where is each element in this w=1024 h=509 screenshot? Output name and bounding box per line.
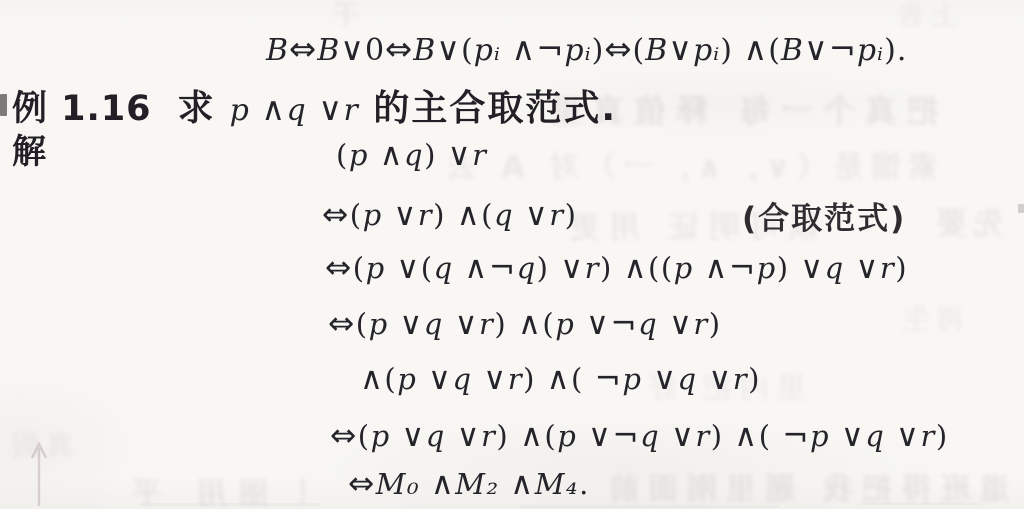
bleedthrough-mark: 干 xyxy=(332,0,360,34)
margin-up-arrow-icon xyxy=(26,436,52,509)
page-speckle xyxy=(520,505,780,508)
question-suffix: 的主合取范式. xyxy=(373,80,617,131)
intro-formula: B⇔B∨0⇔B∨(pᵢ ∧¬pᵢ)⇔(B∨pᵢ) ∧(B∨¬pᵢ). xyxy=(266,30,907,68)
page-speckle xyxy=(860,502,980,505)
bleedthrough-mark: 上告 xyxy=(890,0,958,33)
derivation-step-5: ∧(p ∨q ∨r) ∧( ¬p ∨q ∨r) xyxy=(360,361,761,397)
derivation-step-4: ⇔(p ∨q ∨r) ∧(p ∨¬q ∨r) xyxy=(328,306,722,342)
page-speckle xyxy=(140,503,320,506)
bleedthrough-mark: 先要 xyxy=(930,198,1004,243)
edge-ink-mark xyxy=(1018,204,1024,213)
derivation-step-3: ⇔(p ∨(q ∧¬q) ∨r) ∧((p ∧¬p) ∨q ∨r) xyxy=(325,250,908,286)
derivation-step-6: ⇔(p ∨q ∨r) ∧(p ∨¬q ∨r) ∧( ¬p ∨q ∨r) xyxy=(330,418,949,454)
example-heading: 例 1.16 求 p ∧q ∨r 的主合取范式. xyxy=(12,80,617,131)
margin-ink-mark xyxy=(0,94,7,116)
textbook-scan-page: 把真个一每 释值真里 素馏是（∨，∧，一）对 A 去 以可明证 用更 先要 里内… xyxy=(0,0,1024,509)
derivation-step-7: ⇔M₀ ∧M₂ ∧M₄. xyxy=(348,466,590,502)
bleedthrough-mark: 再生 xyxy=(896,298,964,338)
question-formula: p ∧q ∨r xyxy=(230,90,360,128)
cnf-annotation: (合取范式) xyxy=(742,193,906,238)
derivation-step-2: ⇔(p ∨r) ∧(q ∨r) xyxy=(322,197,577,233)
bleedthrough-mark: 素馏是（∨，∧，一）对 A 去 xyxy=(440,142,938,186)
derivation-step-1: (p ∧q) ∨r xyxy=(336,137,487,173)
solution-label: 解 xyxy=(12,124,46,173)
question-prefix: 求 xyxy=(178,80,214,131)
